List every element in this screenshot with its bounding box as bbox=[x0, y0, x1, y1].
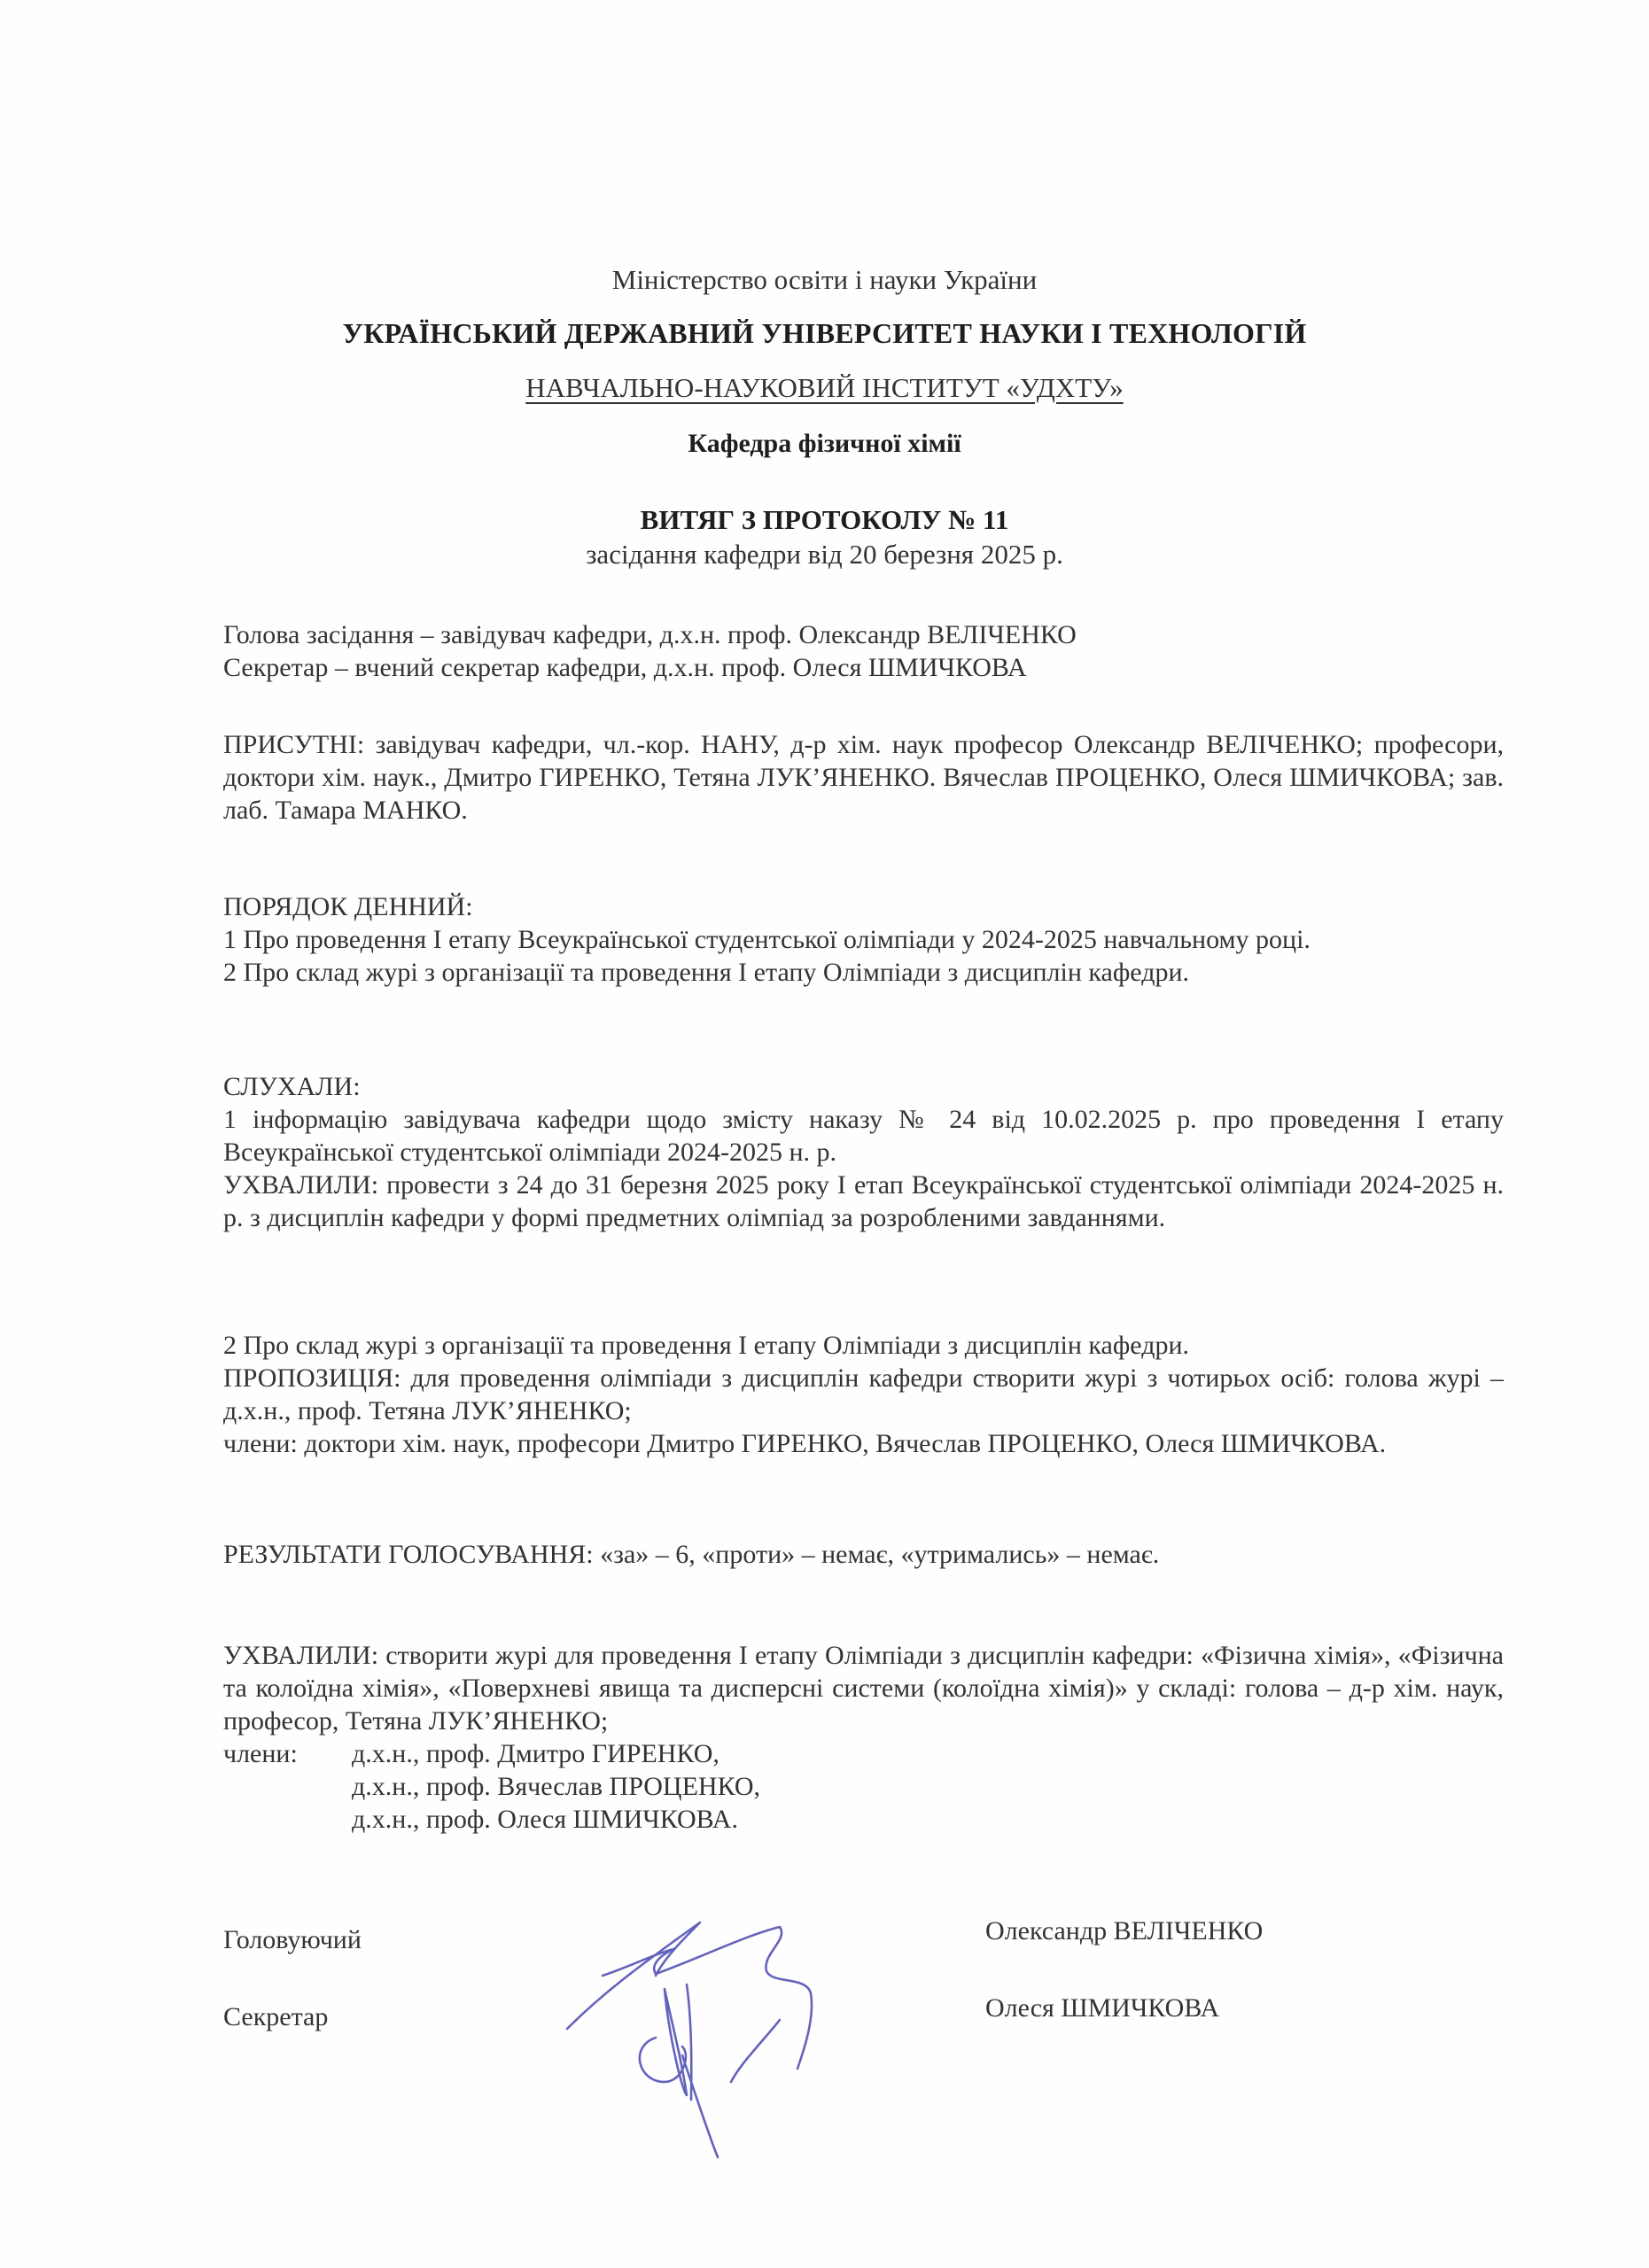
jury-member: д.х.н., проф. Олеся ШМИЧКОВА. bbox=[352, 1803, 1504, 1836]
secretary-signature-name: Олеся ШМИЧКОВА bbox=[985, 1993, 1219, 2023]
jury-members: члени: д.х.н., проф. Дмитро ГИРЕНКО, д.х… bbox=[223, 1737, 1504, 1836]
chair-signature-name: Олександр ВЕЛІЧЕНКО bbox=[985, 1916, 1263, 1946]
secretary-signature-label: Секретар bbox=[223, 2002, 328, 2032]
agenda-section: ПОРЯДОК ДЕННИЙ: 1 Про проведення І етапу… bbox=[223, 890, 1504, 989]
attendees-paragraph: ПРИСУТНІ: завідувач кафедри, чл.-кор. НА… bbox=[223, 728, 1504, 827]
document-title: ВИТЯГ З ПРОТОКОЛУ № 11 bbox=[0, 504, 1649, 536]
final-decision-section: УХВАЛИЛИ: створити журі для проведення І… bbox=[223, 1639, 1504, 1836]
heard-heading: СЛУХАЛИ: bbox=[223, 1070, 1504, 1103]
agenda-item-2: 2 Про склад журі з організації та провед… bbox=[223, 956, 1504, 989]
heard-item-1: 1 інформацію завідувача кафедри щодо змі… bbox=[223, 1103, 1504, 1169]
document-page: Міністерство освіти і науки України УКРА… bbox=[0, 0, 1649, 2268]
meeting-chair: Голова засідання – завідувач кафедри, д.… bbox=[223, 618, 1504, 651]
heard-section: СЛУХАЛИ: 1 інформацію завідувача кафедри… bbox=[223, 1070, 1504, 1234]
agenda-heading: ПОРЯДОК ДЕННИЙ: bbox=[223, 890, 1504, 923]
jury-member: д.х.н., проф. Дмитро ГИРЕНКО, bbox=[352, 1737, 1504, 1770]
item-2-proposal: ПРОПОЗИЦІЯ: для проведення олімпіади з д… bbox=[223, 1362, 1504, 1427]
decision-item-1: УХВАЛИЛИ: провести з 24 до 31 березня 20… bbox=[223, 1169, 1504, 1234]
ministry-name: Міністерство освіти і науки України bbox=[0, 264, 1649, 296]
handwritten-signature-icon bbox=[541, 1905, 842, 2171]
vote-results: РЕЗУЛЬТАТИ ГОЛОСУВАННЯ: «за» – 6, «проти… bbox=[223, 1538, 1504, 1571]
university-name: УКРАЇНСЬКИЙ ДЕРЖАВНИЙ УНІВЕРСИТЕТ НАУКИ … bbox=[0, 317, 1649, 350]
jury-members-label: члени: bbox=[223, 1737, 352, 1836]
item-2-title: 2 Про склад журі з організації та провед… bbox=[223, 1329, 1504, 1362]
meeting-officials: Голова засідання – завідувач кафедри, д.… bbox=[223, 618, 1504, 684]
final-decision-text: УХВАЛИЛИ: створити журі для проведення І… bbox=[223, 1639, 1504, 1737]
item-2-section: 2 Про склад журі з організації та провед… bbox=[223, 1329, 1504, 1460]
chair-signature-label: Головуючий bbox=[223, 1925, 362, 1955]
jury-members-list: д.х.н., проф. Дмитро ГИРЕНКО, д.х.н., пр… bbox=[352, 1737, 1504, 1836]
meeting-date: засідання кафедри від 20 березня 2025 р. bbox=[0, 539, 1649, 571]
agenda-item-1: 1 Про проведення І етапу Всеукраїнської … bbox=[223, 923, 1504, 956]
department-name: Кафедра фізичної хімії bbox=[0, 429, 1649, 459]
meeting-secretary: Секретар – вчений секретар кафедри, д.х.… bbox=[223, 651, 1504, 684]
item-2-members: члени: доктори хім. наук, професори Дмит… bbox=[223, 1427, 1504, 1460]
institute-name-text: НАВЧАЛЬНО-НАУКОВИЙ ІНСТИТУТ «УДХТУ» bbox=[525, 372, 1123, 403]
jury-member: д.х.н., проф. Вячеслав ПРОЦЕНКО, bbox=[352, 1770, 1504, 1803]
institute-name: НАВЧАЛЬНО-НАУКОВИЙ ІНСТИТУТ «УДХТУ» bbox=[0, 372, 1649, 404]
